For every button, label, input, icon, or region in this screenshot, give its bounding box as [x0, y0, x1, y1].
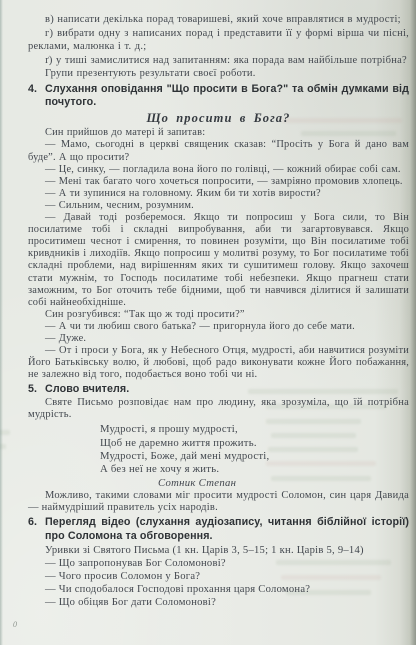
page-right-edge — [410, 0, 416, 645]
story-paragraph: — Мені так багато чого хочеться попросит… — [28, 176, 409, 188]
page-corner-mark: 0 — [13, 620, 17, 629]
item-4-number: 4. — [28, 83, 45, 109]
poem-line: Мудрості, Боже, дай мені мудрості, — [100, 450, 409, 463]
story-body: Син прийшов до матері й запитав: — Мамо,… — [28, 127, 409, 381]
scanned-book-page: в) написати декілька порад товаришеві, я… — [0, 0, 416, 645]
poem-line: Щоб не даремно життя прожить. — [100, 437, 409, 450]
lesson-item-6-heading: 6. Перегляд відео (слухання аудіозапису,… — [28, 516, 409, 542]
item-6-number: 6. — [28, 516, 45, 542]
story-paragraph: — Дуже. — [28, 333, 409, 345]
poem-line: Мудрості, я прошу мудрості, — [100, 423, 409, 436]
scripture-reference: Уривки зі Святого Письма (1 кн. Царів 3,… — [28, 544, 409, 557]
story-paragraph: Син прийшов до матері й запитав: — [28, 127, 409, 139]
story-paragraph: — А ти зупинися на головному. Яким би ти… — [28, 188, 409, 200]
task-groups-note: Групи презентують результати своєї робот… — [28, 67, 409, 81]
story-paragraph: — Мамо, сьогодні в церкві священик сказа… — [28, 139, 409, 163]
story-paragraph: — Сильним, чесним, розумним. — [28, 200, 409, 212]
discussion-questions: — Що запропонував Бог Соломонові? — Чого… — [28, 557, 409, 610]
item-5-title: Слово вчителя. — [45, 383, 409, 396]
story-paragraph: Син розгубився: “Так що ж тоді просити?” — [28, 309, 409, 321]
poem-line: А без неї не хочу я жить. — [100, 463, 409, 476]
question-line: — Що обіцяв Бог дати Соломонові? — [28, 596, 409, 609]
task-option-g: г) вибрати одну з написаних порад і пред… — [28, 27, 409, 54]
task-option-g2: ґ) у тиші замислитися над запитанням: як… — [28, 54, 409, 68]
poem: Мудрості, я прошу мудрості, Щоб не дарем… — [100, 423, 409, 476]
story-paragraph: — Це, синку, — погладила вона його по го… — [28, 164, 409, 176]
lesson-item-5-heading: 5. Слово вчителя. — [28, 383, 409, 396]
solomon-note: Можливо, такими словами міг просити мудр… — [28, 490, 409, 515]
story-paragraph: — От і проси у Бога, як у Небесного Отця… — [28, 345, 409, 381]
question-line: — Чи сподобалося Господові прохання царя… — [28, 583, 409, 596]
story-title: Що просити в Бога? — [28, 111, 409, 126]
item-4-title: Слухання оповідання "Що просити в Бога?"… — [45, 83, 409, 109]
teacher-intro: Святе Письмо розповідає нам про людину, … — [28, 397, 409, 422]
story-paragraph: — А чи ти любиш свого батька? — пригорну… — [28, 321, 409, 333]
question-line: — Що запропонував Бог Соломонові? — [28, 557, 409, 570]
page-content: в) написати декілька порад товаришеві, я… — [28, 13, 409, 610]
item-6-title: Перегляд відео (слухання аудіозапису, чи… — [45, 516, 409, 542]
lesson-item-4-heading: 4. Слухання оповідання "Що просити в Бог… — [28, 83, 409, 109]
poem-author: Сотник Степан — [158, 477, 409, 490]
task-option-v: в) написати декілька порад товаришеві, я… — [28, 13, 409, 27]
question-line: — Чого просив Соломон у Бога? — [28, 570, 409, 583]
page-left-edge — [0, 0, 3, 645]
story-paragraph: — Давай тоді розберемося. Якщо ти попрос… — [28, 212, 409, 309]
item-5-number: 5. — [28, 383, 45, 396]
